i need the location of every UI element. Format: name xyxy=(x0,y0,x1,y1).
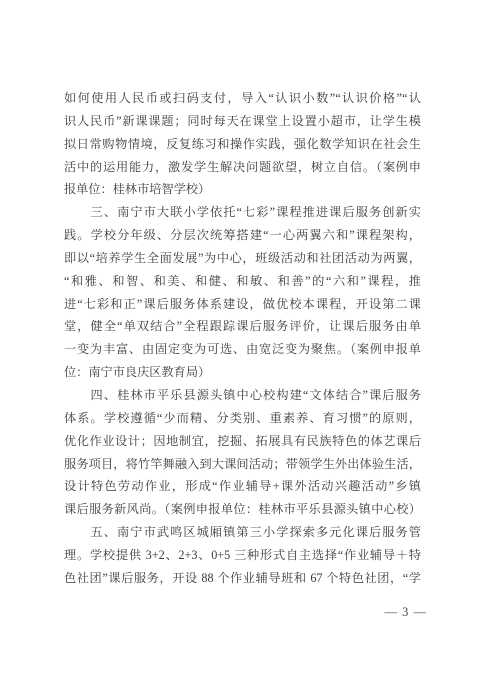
text-line: 四、桂林市平乐县源头镇中心校构建“文体结合”课后服务 xyxy=(64,384,421,407)
text-line: 如何使用人民币或扫码支付，导入“认识小数”“认识价格”“认 xyxy=(64,87,421,110)
text-line: 体系。学校遵循“少而精、分类别、重素养、育习惯”的原则， xyxy=(64,407,421,430)
text-line: 服务项目，将竹竿舞融入到大课间活动；带领学生外出体验生活， xyxy=(64,453,421,476)
text-line: 色社团”课后服务，开设 88 个作业辅导班和 67 个特色社团，“学 xyxy=(64,567,421,590)
text-line: “和雅、和智、和美、和健、和敏、和善”的“六和”课程，推 xyxy=(64,270,421,293)
text-line: 设计特色劳动作业，形成“作业辅导+课外活动兴趣活动”乡镇 xyxy=(64,475,421,498)
text-line: 拟日常购物情境，反复练习和操作实践，强化数学知识在社会生 xyxy=(64,133,421,156)
text-line: 即以“培养学生全面发展”为中心，班级活动和社团活动为两翼， xyxy=(64,247,421,270)
document-page: 如何使用人民币或扫码支付，导入“认识小数”“认识价格”“认识人民币”新课课题；同… xyxy=(0,0,487,687)
text-line: 理。学校提供 3+2、2+3、0+5 三种形式自主选择“作业辅导＋特 xyxy=(64,544,421,567)
text-line: 三、南宁市大联小学依托“七彩”课程推进课后服务创新实 xyxy=(64,201,421,224)
text-line: 堂，健全“单双结合”全程跟踪课后服务评价，让课后服务由单 xyxy=(64,315,421,338)
document-body: 如何使用人民币或扫码支付，导入“认识小数”“认识价格”“认识人民币”新课课题；同… xyxy=(64,87,421,590)
text-line: 活中的运用能力，激发学生解决问题欲望，树立自信。（案例申 xyxy=(64,156,421,179)
text-line: 五、南宁市武鸣区城厢镇第三小学探索多元化课后服务管 xyxy=(64,521,421,544)
text-line: 优化作业设计；因地制宜，挖掘、拓展具有民族特色的体艺课后 xyxy=(64,430,421,453)
text-line: 课后服务新风尚。（案例申报单位：桂林市平乐县源头镇中心校） xyxy=(64,498,421,521)
text-line: 一变为丰富、由固定变为可选、由宽泛变为聚焦。（案例申报单 xyxy=(64,338,421,361)
text-line: 进“七彩和正”课后服务体系建设，做优校本课程，开设第二课 xyxy=(64,293,421,316)
text-line: 报单位：桂林市培智学校） xyxy=(64,178,421,201)
text-line: 识人民币”新课课题；同时每天在课堂上设置小超市，让学生模 xyxy=(64,110,421,133)
text-line: 践。学校分年级、分层次统筹搭建“一心两翼六和”课程架构， xyxy=(64,224,421,247)
page-number: — 3 — xyxy=(385,604,428,620)
text-line: 位：南宁市良庆区教育局） xyxy=(64,361,421,384)
